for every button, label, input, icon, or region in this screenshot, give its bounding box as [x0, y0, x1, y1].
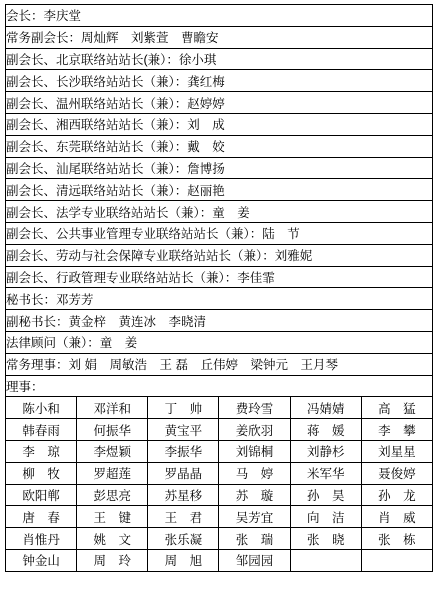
director-cell: 柳 牧	[6, 462, 77, 484]
director-cell: 米军华	[290, 462, 361, 484]
role-row-executive-directors: 常务理事：刘 娟 周敏浩 王 磊 丘伟婷 梁钟元 王月琴	[6, 353, 433, 375]
director-cell-empty	[290, 549, 361, 571]
table-row: 副秘书长：黄金梓 黄连冰 李晓清	[6, 310, 433, 332]
director-cell: 姜欣羽	[219, 419, 290, 441]
role-row-deputy-secretaries: 副秘书长：黄金梓 黄连冰 李晓清	[6, 310, 433, 332]
table-row: 副会长、公共事业管理专业联络站站长（兼）：陆 节	[6, 222, 433, 244]
directors-grid-row: 唐 春 王 键 王 君 吴芳宜 向 洁 肖 威	[6, 506, 433, 528]
director-cell: 苏星移	[148, 484, 219, 506]
role-row-vp-changsha: 副会长、长沙联络站站长（兼）：龚红梅	[6, 70, 433, 92]
director-cell: 向 洁	[290, 506, 361, 528]
role-row-secretary-general: 秘书长：邓芳芳	[6, 288, 433, 310]
director-cell: 孙 龙	[361, 484, 432, 506]
director-cell: 肖 威	[361, 506, 432, 528]
director-cell: 吴芳宜	[219, 506, 290, 528]
org-roster-table: 会长：李庆堂 常务副会长：周灿辉 刘紫萱 曹瞻安 副会长、北京联络站站长(兼）：…	[5, 4, 433, 572]
table-row: 会长：李庆堂	[6, 5, 433, 27]
role-row-vp-admin-mgmt: 副会长、行政管理专业联络站站长（兼）：李佳霏	[6, 266, 433, 288]
director-cell: 冯婧婧	[290, 397, 361, 419]
table-row: 副会长、劳动与社会保障专业联络站站长（兼）：刘雅妮	[6, 244, 433, 266]
director-cell: 蒋 媛	[290, 419, 361, 441]
role-row-vp-qingyuan: 副会长、清远联络站站长（兼）：赵丽艳	[6, 179, 433, 201]
director-cell-empty	[361, 549, 432, 571]
director-cell: 张 晓	[290, 528, 361, 550]
directors-grid-row: 钟金山 周 玲 周 旭 邹园园	[6, 549, 433, 571]
directors-grid-row: 肖惟丹 姚 文 张乐凝 张 瑞 张 晓 张 栋	[6, 528, 433, 550]
director-cell: 罗晶晶	[148, 462, 219, 484]
director-cell: 张 栋	[361, 528, 432, 550]
director-cell: 王 君	[148, 506, 219, 528]
director-cell: 苏 璇	[219, 484, 290, 506]
table-row: 副会长、北京联络站站长(兼）：徐小琪	[6, 48, 433, 70]
directors-grid-row: 韩春雨 何振华 黄宝平 姜欣羽 蒋 媛 李 攀	[6, 419, 433, 441]
director-cell: 陈小和	[6, 397, 77, 419]
director-cell: 马 婷	[219, 462, 290, 484]
directors-grid-row: 陈小和 邓洋和 丁 帅 费玲雪 冯婧婧 高 猛	[6, 397, 433, 419]
director-cell: 韩春雨	[6, 419, 77, 441]
director-cell: 孙 昊	[290, 484, 361, 506]
director-cell: 李煜颖	[77, 440, 148, 462]
director-cell: 刘静杉	[290, 440, 361, 462]
director-cell: 刘锦桐	[219, 440, 290, 462]
directors-grid-row: 柳 牧 罗超莲 罗晶晶 马 婷 米军华 聂俊婷	[6, 462, 433, 484]
director-cell: 张乐凝	[148, 528, 219, 550]
director-cell: 李振华	[148, 440, 219, 462]
directors-grid-row: 欧阳郸 彭思亮 苏星移 苏 璇 孙 昊 孙 龙	[6, 484, 433, 506]
director-cell: 王 键	[77, 506, 148, 528]
table-row: 法律顾问（兼）：童 姜	[6, 331, 433, 353]
role-row-president: 会长：李庆堂	[6, 5, 433, 27]
director-cell: 肖惟丹	[6, 528, 77, 550]
director-cell: 唐 春	[6, 506, 77, 528]
director-cell: 周 旭	[148, 549, 219, 571]
role-row-vp-law: 副会长、法学专业联络站站长（兼）：童 姜	[6, 201, 433, 223]
table-row: 秘书长：邓芳芳	[6, 288, 433, 310]
director-cell: 钟金山	[6, 549, 77, 571]
role-row-vp-labor-security: 副会长、劳动与社会保障专业联络站站长（兼）：刘雅妮	[6, 244, 433, 266]
role-row-legal-advisor: 法律顾问（兼）：童 姜	[6, 331, 433, 353]
table-row: 副会长、湘西联络站站长（兼）：刘 成	[6, 113, 433, 135]
director-cell: 罗超莲	[77, 462, 148, 484]
director-cell: 李 琼	[6, 440, 77, 462]
director-cell: 黄宝平	[148, 419, 219, 441]
table-row: 副会长、汕尾联络站站长（兼）：詹博扬	[6, 157, 433, 179]
director-cell: 欧阳郸	[6, 484, 77, 506]
role-row-vp-public-admin: 副会长、公共事业管理专业联络站站长（兼）：陆 节	[6, 222, 433, 244]
role-row-vp-shanwei: 副会长、汕尾联络站站长（兼）：詹博扬	[6, 157, 433, 179]
table-row: 副会长、东莞联络站站长（兼）：戴 姣	[6, 135, 433, 157]
table-row: 副会长、行政管理专业联络站站长（兼）：李佳霏	[6, 266, 433, 288]
director-cell: 张 瑞	[219, 528, 290, 550]
table-row: 副会长、温州联络站站长（兼）：赵婷婷	[6, 92, 433, 114]
table-row: 副会长、法学专业联络站站长（兼）：童 姜	[6, 201, 433, 223]
page: 会长：李庆堂 常务副会长：周灿辉 刘紫萱 曹瞻安 副会长、北京联络站站长(兼）：…	[0, 0, 437, 601]
director-cell: 周 玲	[77, 549, 148, 571]
director-cell: 何振华	[77, 419, 148, 441]
director-cell: 邹园园	[219, 549, 290, 571]
director-cell: 费玲雪	[219, 397, 290, 419]
role-row-vp-wenzhou: 副会长、温州联络站站长（兼）：赵婷婷	[6, 92, 433, 114]
director-cell: 丁 帅	[148, 397, 219, 419]
table-row: 常务理事：刘 娟 周敏浩 王 磊 丘伟婷 梁钟元 王月琴	[6, 353, 433, 375]
director-cell: 彭思亮	[77, 484, 148, 506]
role-row-vp-xiangxi: 副会长、湘西联络站站长（兼）：刘 成	[6, 113, 433, 135]
table-row: 理事：	[6, 375, 433, 397]
director-cell: 聂俊婷	[361, 462, 432, 484]
director-cell: 高 猛	[361, 397, 432, 419]
directors-header-row: 理事：	[6, 375, 433, 397]
table-row: 常务副会长：周灿辉 刘紫萱 曹瞻安	[6, 26, 433, 48]
role-row-vp-dongguan: 副会长、东莞联络站站长（兼）：戴 姣	[6, 135, 433, 157]
director-cell: 邓洋和	[77, 397, 148, 419]
director-cell: 姚 文	[77, 528, 148, 550]
table-row: 副会长、长沙联络站站长（兼）：龚红梅	[6, 70, 433, 92]
role-row-exec-vice-presidents: 常务副会长：周灿辉 刘紫萱 曹瞻安	[6, 26, 433, 48]
director-cell: 刘星星	[361, 440, 432, 462]
directors-grid-row: 李 琼 李煜颖 李振华 刘锦桐 刘静杉 刘星星	[6, 440, 433, 462]
director-cell: 李 攀	[361, 419, 432, 441]
role-row-vp-beijing: 副会长、北京联络站站长(兼）：徐小琪	[6, 48, 433, 70]
table-row: 副会长、清远联络站站长（兼）：赵丽艳	[6, 179, 433, 201]
